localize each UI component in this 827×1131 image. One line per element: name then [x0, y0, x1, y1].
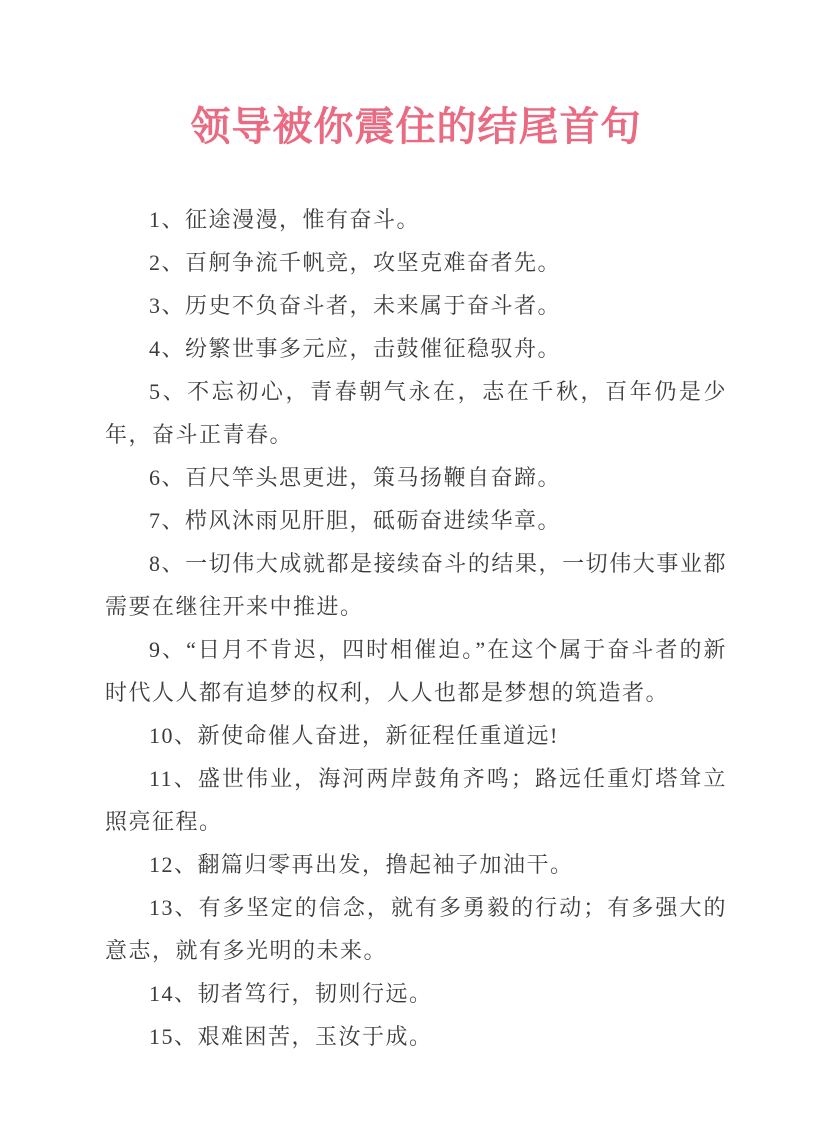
page-title: 领导被你震住的结尾首句 [105, 95, 727, 152]
list: 1、征途漫漫，惟有奋斗。 2、百舸争流千帆竞，攻坚克难奋者先。 3、历史不负奋斗… [105, 198, 727, 1058]
list-item: 12、翻篇归零再出发，撸起袖子加油干。 [105, 843, 727, 886]
list-item: 14、韧者笃行，韧则行远。 [105, 972, 727, 1015]
list-item: 3、历史不负奋斗者，未来属于奋斗者。 [105, 284, 727, 327]
list-item: 2、百舸争流千帆竞，攻坚克难奋者先。 [105, 241, 727, 284]
list-item: 9、“日月不肯迟，四时相催迫。”在这个属于奋斗者的新时代人人都有追梦的权利，人人… [105, 628, 727, 714]
list-item: 4、纷繁世事多元应，击鼓催征稳驭舟。 [105, 327, 727, 370]
list-item: 1、征途漫漫，惟有奋斗。 [105, 198, 727, 241]
list-item: 6、百尺竿头思更进，策马扬鞭自奋蹄。 [105, 456, 727, 499]
list-item: 8、一切伟大成就都是接续奋斗的结果，一切伟大事业都需要在继往开来中推进。 [105, 542, 727, 628]
list-item: 5、不忘初心，青春朝气永在，志在千秋，百年仍是少年，奋斗正青春。 [105, 370, 727, 456]
document-page: 领导被你震住的结尾首句 1、征途漫漫，惟有奋斗。 2、百舸争流千帆竞，攻坚克难奋… [0, 0, 827, 1131]
list-item: 15、艰难困苦，玉汝于成。 [105, 1015, 727, 1058]
list-item: 13、有多坚定的信念，就有多勇毅的行动；有多强大的意志，就有多光明的未来。 [105, 886, 727, 972]
list-item: 7、栉风沐雨见肝胆，砥砺奋进续华章。 [105, 499, 727, 542]
list-item: 10、新使命催人奋进，新征程任重道远! [105, 714, 727, 757]
list-item: 11、盛世伟业，海河两岸鼓角齐鸣；路远任重灯塔耸立照亮征程。 [105, 757, 727, 843]
